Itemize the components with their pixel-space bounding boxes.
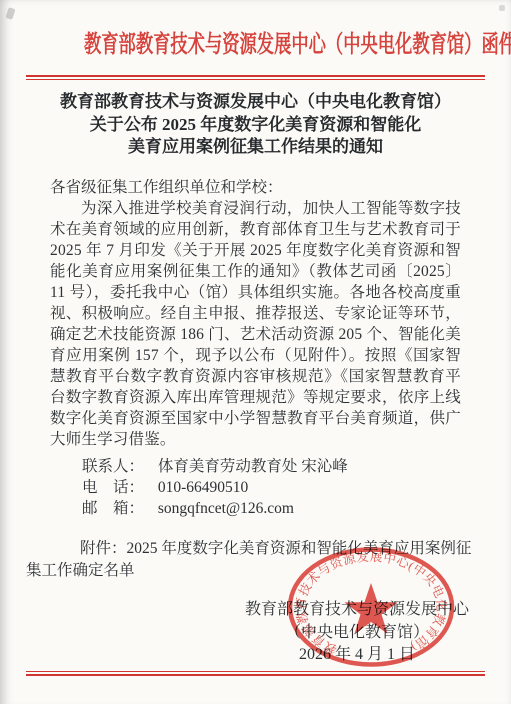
footer-divider-rule [26, 671, 485, 676]
scan-artifact [5, 7, 15, 20]
letterhead-masthead: 教育部教育技术与资源发展中心（中央电化教育馆）函件 [0, 24, 511, 59]
contact-email-row: 邮 箱： songqfncet@126.com [82, 499, 348, 520]
seal-star-icon [344, 583, 397, 634]
contact-person-row: 联系人： 体育美育劳动教育处 宋沁峰 [82, 457, 348, 478]
document-title-line1: 教育部教育技术与资源发展中心（中央电化教育馆） [0, 91, 511, 114]
document-title: 教育部教育技术与资源发展中心（中央电化教育馆） 关于公布 2025 年度数字化美… [0, 91, 511, 159]
scanned-official-letter: 教育部教育技术与资源发展中心（中央电化教育馆）函件 教育部教育技术与资源发展中心… [0, 0, 511, 704]
masthead-divider-rule [26, 75, 485, 80]
document-title-line3: 美育应用案例征集工作结果的通知 [0, 136, 511, 159]
official-seal-stamp: 教育部教育技术与资源发展中心(中央电化教育馆) [286, 544, 456, 669]
contact-phone-label: 电 话： [82, 478, 154, 499]
salutation: 各省级征集工作组织单位和学校： [50, 175, 283, 197]
contact-person-value: 体育美育劳动教育处 宋沁峰 [158, 458, 348, 475]
scan-artifact [499, 5, 505, 11]
document-title-line2: 关于公布 2025 年度数字化美育资源和智能化 [0, 114, 511, 137]
contact-person-label: 联系人： [82, 457, 154, 478]
masthead-text: 教育部教育技术与资源发展中心（中央电化教育馆）函件 [84, 24, 511, 59]
contact-email-value: songqfncet@126.com [158, 500, 294, 517]
contact-email-label: 邮 箱： [82, 499, 154, 520]
contact-phone-row: 电 话： 010-66490510 [82, 478, 348, 499]
contact-block: 联系人： 体育美育劳动教育处 宋沁峰 电 话： 010-66490510 邮 箱… [82, 457, 348, 519]
contact-phone-value: 010-66490510 [158, 479, 248, 496]
body-paragraph: 为深入推进学校美育浸润行动，加快人工智能等数字技术在美育领域的应用创新，教育部体… [50, 198, 461, 450]
